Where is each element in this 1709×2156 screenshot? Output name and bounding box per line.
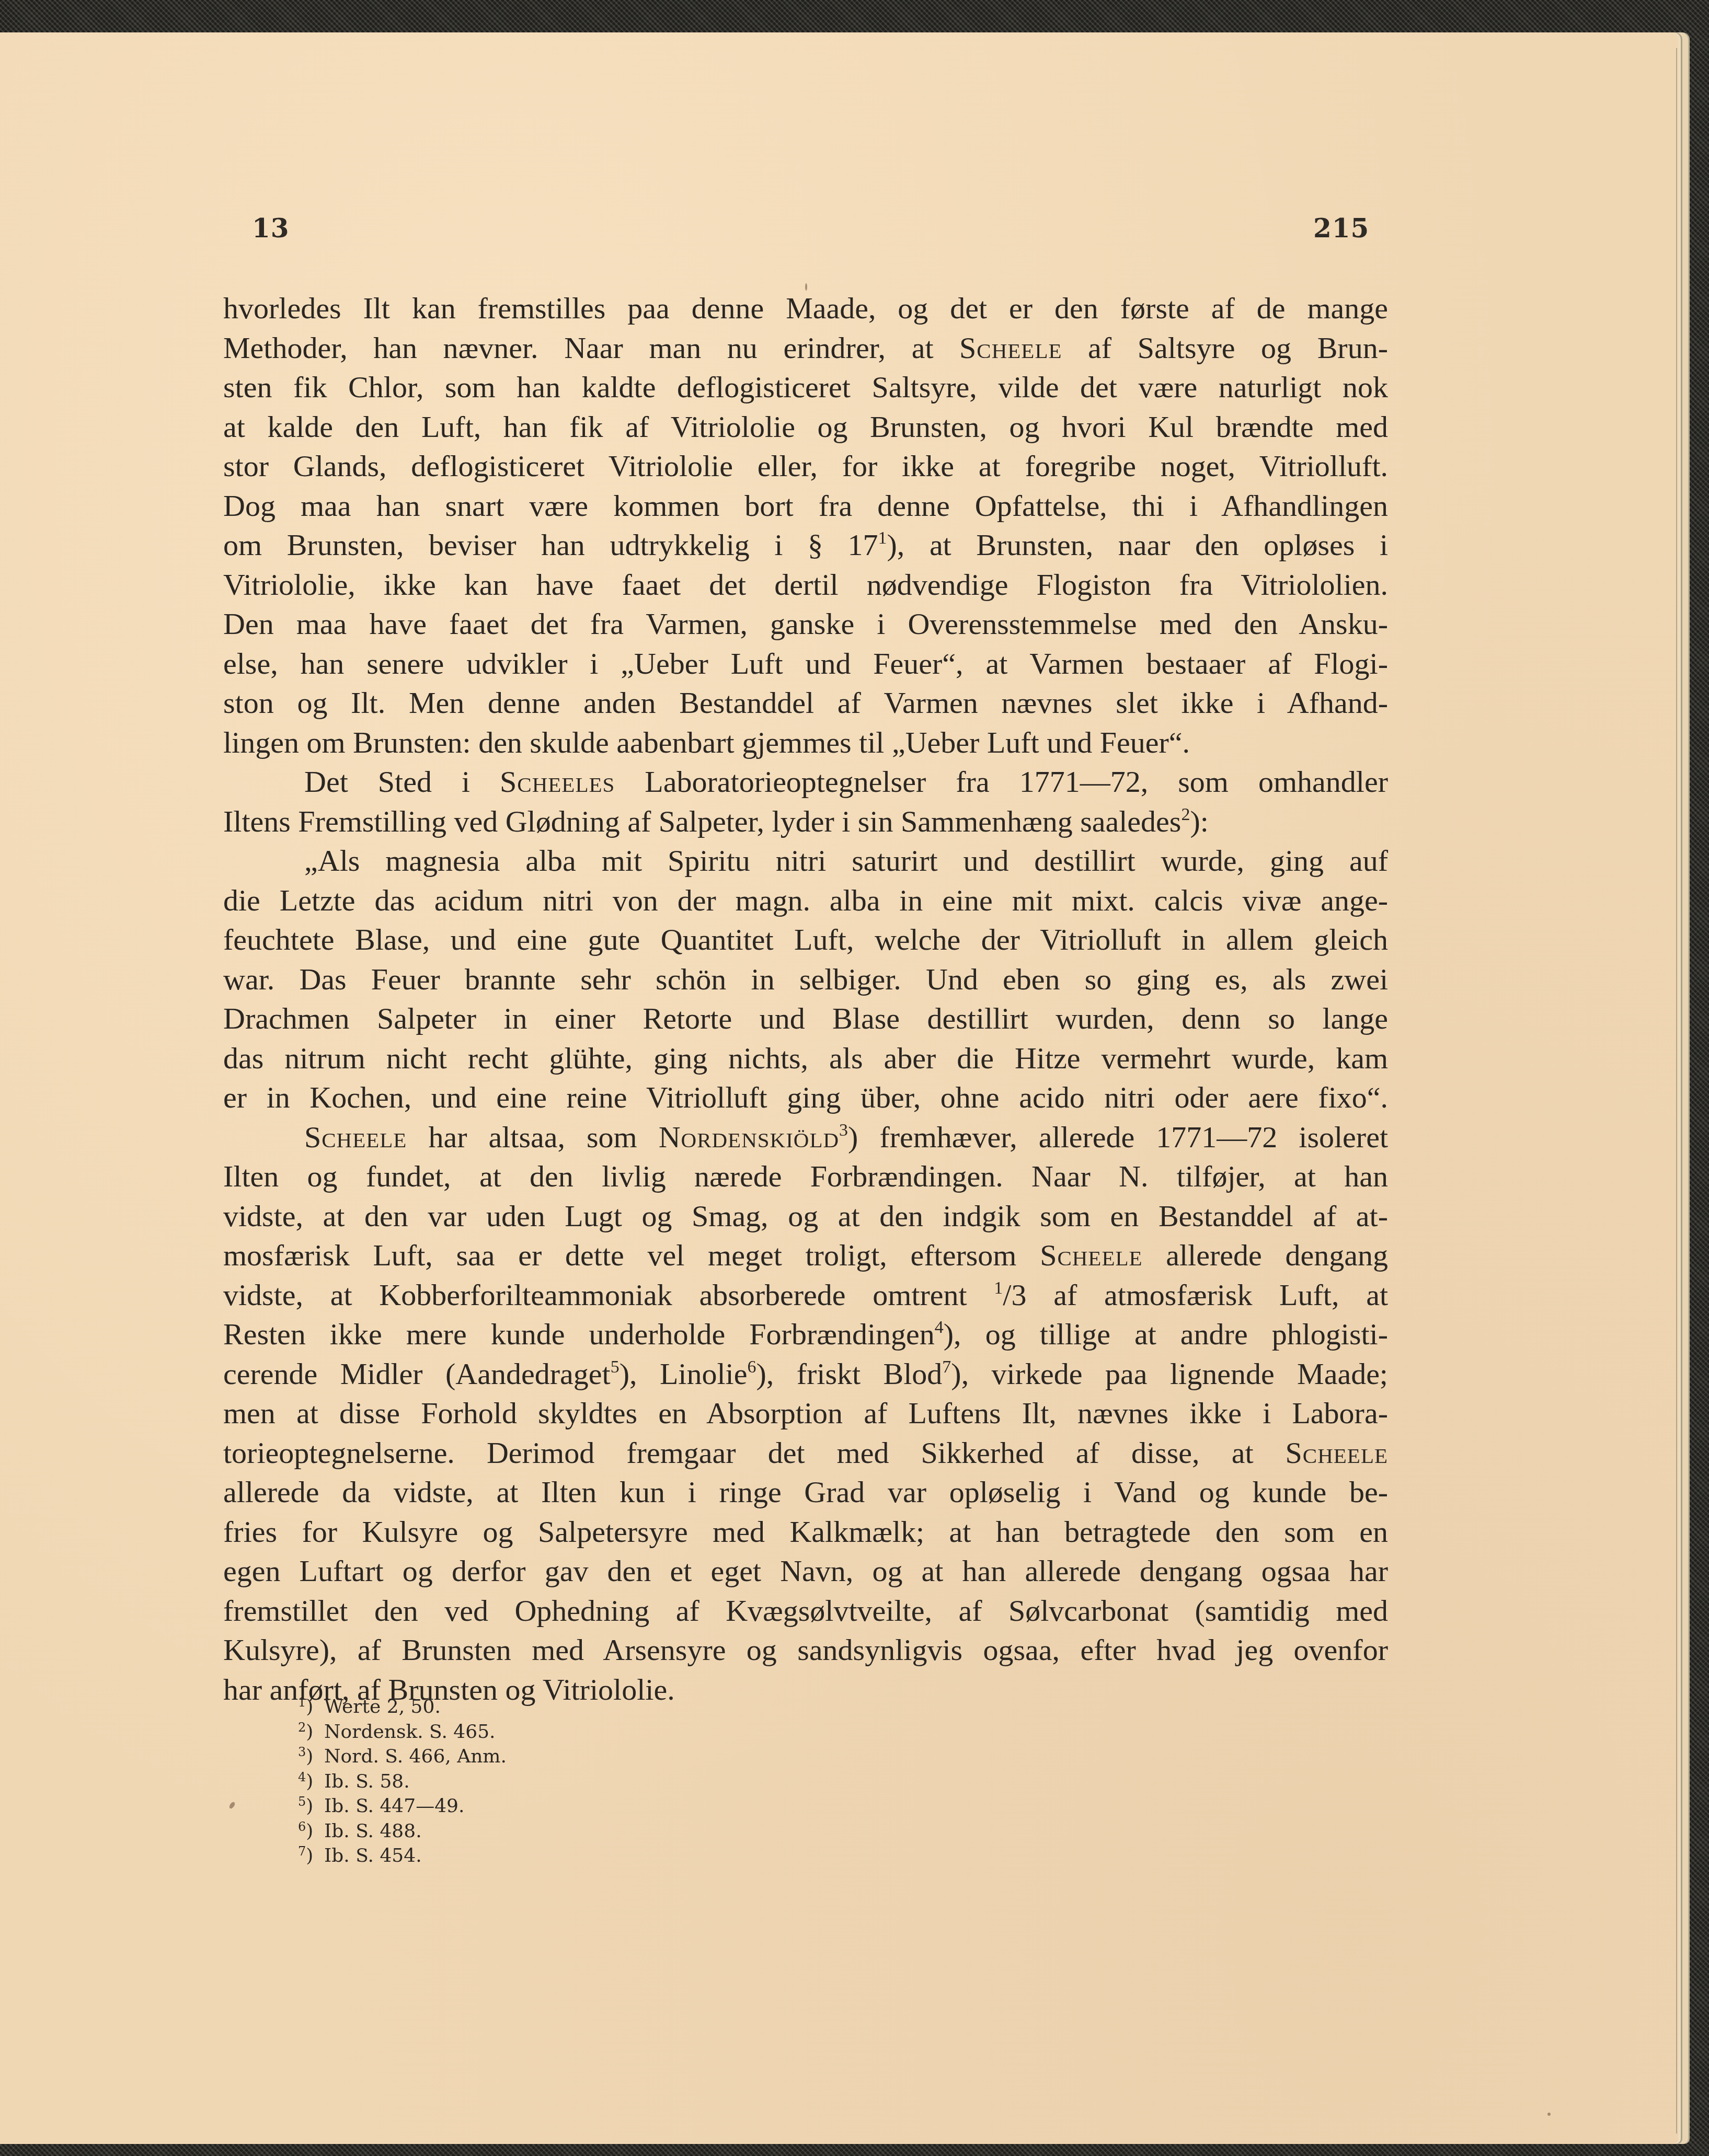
text-line: Dog maa han snart være kommen bort fra d… [223,486,1388,526]
footnote-mark: 2) [298,1720,324,1745]
text-run: Methoder, han nævner. Naar man nu erindr… [223,331,959,365]
text-run: egen Luftart og derfor gav den et eget N… [223,1554,1388,1588]
text-run: fremstillet den ved Ophedning af Kvægsøl… [223,1594,1388,1628]
footnote-text: Ib. S. 488. [324,1820,422,1842]
text-line: men at disse Forhold skyldtes en Absorpt… [223,1393,1388,1433]
footnotes: 1)Werte 2, 50.2)Nordensk. S. 465.3)Nord.… [298,1694,507,1869]
text-run: mosfærisk Luft, saa er dette vel meget t… [223,1238,1040,1272]
text-run: Det Sted i [304,765,500,799]
text-line: fremstillet den ved Ophedning af Kvægsøl… [223,1591,1388,1631]
paper-speck [805,283,807,291]
footnote: 7)Ib. S. 454. [298,1843,507,1869]
footnote-ref: 2 [1181,805,1190,824]
text-run: lingen om Brunsten: den skulde aabenbart… [223,725,1190,759]
footnote-mark: 5) [298,1794,324,1819]
footnote-mark: 4) [298,1769,324,1794]
paper-speck [228,1801,236,1809]
text-run: Drachmen Salpeter in einer Retorte und B… [223,1001,1388,1035]
text-line: ston og Ilt. Men denne anden Bestanddel … [223,683,1388,723]
text-run: stor Glands, deflogisticeret Vitriololie… [223,449,1388,483]
text-run: har altsaa, som [407,1120,658,1154]
text-run: die Letzte das acidum nitri von der magn… [223,883,1388,917]
left-page-number: 13 [252,213,290,244]
text-run: ), virkede paa lignende Maade; [951,1357,1388,1391]
footnote-text: Ib. S. 447—49. [324,1795,464,1817]
text-run: vidste, at den var uden Lugt og Smag, og… [223,1199,1388,1233]
text-run: Iltens Fremstilling ved Glødning af Salp… [223,804,1181,838]
footnote: 6)Ib. S. 488. [298,1819,507,1844]
text-run: ), Linolie [620,1357,748,1391]
text-run: ), at Brunsten, naar den opløses i [887,528,1388,562]
footnote-mark: 6) [298,1819,324,1844]
text-line: Vitriololie, ikke kan have faaet det der… [223,565,1388,605]
text-run: /3 af atmosfærisk Luft, at [1003,1278,1388,1312]
text-line: allerede da vidste, at Ilten kun i ringe… [223,1472,1388,1512]
text-run: er in Kochen, und eine reine Vitriolluft… [223,1080,1388,1114]
footnote: 5)Ib. S. 447—49. [298,1794,507,1819]
text-run: Dog maa han snart være kommen bort fra d… [223,489,1388,523]
text-run: ), og tillige at andre phlogisti- [944,1317,1388,1351]
text-line: war. Das Feuer brannte sehr schön in sel… [223,960,1388,999]
text-line: sten fik Chlor, som han kaldte deflogist… [223,367,1388,407]
text-run: else, han senere udvikler i „Ueber Luft … [223,647,1388,681]
small-caps-name: Scheele [304,1120,407,1154]
text-run: Kulsyre), af Brunsten med Arsensyre og s… [223,1633,1388,1667]
text-run: ): [1190,804,1208,838]
text-line: at kalde den Luft, han fik af Vitriololi… [223,407,1388,447]
text-line: egen Luftart og derfor gav den et eget N… [223,1551,1388,1591]
text-run: ) fremhæver, allerede 1771—72 isoleret [848,1120,1388,1154]
text-line: die Letzte das acidum nitri von der magn… [223,881,1388,920]
text-line: stor Glands, deflogisticeret Vitriololie… [223,446,1388,486]
text-line: Iltens Fremstilling ved Glødning af Salp… [223,802,1388,841]
footnote-text: Werte 2, 50. [324,1696,441,1717]
text-run: om Brunsten, beviser han udtrykkelig i §… [223,528,878,562]
footnote: 1)Werte 2, 50. [298,1694,507,1720]
footnote-mark: 3) [298,1744,324,1769]
text-run: fries for Kulsyre og Salpetersyre med Ka… [223,1515,1388,1549]
text-line: das nitrum nicht recht glühte, ging nich… [223,1039,1388,1078]
text-line: fries for Kulsyre og Salpetersyre med Ka… [223,1512,1388,1552]
text-line: feuchtete Blase, und eine gute Quantitet… [223,920,1388,960]
footnote-ref: 5 [611,1357,620,1377]
text-run: ston og Ilt. Men denne anden Bestanddel … [223,686,1388,720]
footnote: 3)Nord. S. 466, Anm. [298,1744,507,1769]
text-line: er in Kochen, und eine reine Vitriolluft… [223,1078,1388,1117]
footnote-ref: 1 [994,1278,1003,1298]
small-caps-name: Scheele [959,331,1062,365]
small-caps-name: Scheele [1286,1436,1388,1470]
footnote-ref: 4 [935,1318,944,1337]
text-run: vidste, at Kobberforilteammoniak absorbe… [223,1278,994,1312]
text-line: om Brunsten, beviser han udtrykkelig i §… [223,525,1388,565]
text-run: Vitriololie, ikke kan have faaet det der… [223,568,1388,602]
text-run: af Saltsyre og Brun- [1062,331,1389,365]
footnote-text: Nordensk. S. 465. [324,1721,496,1743]
text-run: war. Das Feuer brannte sehr schön in sel… [223,962,1388,996]
text-run: Den maa have faaet det fra Varmen, gansk… [223,607,1388,641]
text-run: das nitrum nicht recht glühte, ging nich… [223,1041,1388,1075]
footnote-ref: 6 [747,1357,756,1377]
footnote-ref: 7 [942,1357,951,1377]
footnote-mark: 1) [298,1694,324,1720]
text-run: torieoptegnelserne. Derimod fremgaar det… [223,1436,1286,1470]
text-run: „Als magnesia alba mit Spiritu nitri sat… [304,844,1388,878]
text-run: ), friskt Blod [756,1357,942,1391]
text-run: men at disse Forhold skyldtes en Absorpt… [223,1396,1388,1430]
text-line: Den maa have faaet det fra Varmen, gansk… [223,604,1388,644]
text-run: Ilten og fundet, at den livlig nærede Fo… [223,1159,1388,1193]
footnote-text: Ib. S. 58. [324,1771,410,1792]
footnote-ref: 3 [839,1121,848,1140]
text-line: hvorledes Ilt kan fremstilles paa denne … [223,289,1388,328]
text-run: Resten ikke mere kunde underholde Forbræ… [223,1317,935,1351]
footnote: 4)Ib. S. 58. [298,1769,507,1794]
text-run: sten fik Chlor, som han kaldte deflogist… [223,370,1388,404]
small-caps-name: Scheeles [500,765,615,799]
text-line: torieoptegnelserne. Derimod fremgaar det… [223,1433,1388,1473]
text-run: cerende Midler (Aandedraget [223,1357,611,1391]
text-run: at kalde den Luft, han fik af Vitriololi… [223,410,1388,444]
text-run: Laboratorieoptegnelser fra 1771—72, som … [615,765,1388,799]
small-caps-name: Scheele [1040,1238,1142,1272]
text-run: hvorledes Ilt kan fremstilles paa denne … [223,291,1388,325]
text-line: lingen om Brunsten: den skulde aabenbart… [223,723,1388,763]
text-run: allerede dengang [1143,1238,1388,1272]
text-line: vidste, at den var uden Lugt og Smag, og… [223,1196,1388,1236]
text-line: Scheele har altsaa, som Nordenskiöld3) f… [223,1117,1388,1157]
text-line: „Als magnesia alba mit Spiritu nitri sat… [223,841,1388,881]
footnote-text: Ib. S. 454. [324,1845,422,1866]
text-line: vidste, at Kobberforilteammoniak absorbe… [223,1275,1388,1315]
small-caps-name: Nordenskiöld [659,1120,839,1154]
text-run: feuchtete Blase, und eine gute Quantitet… [223,923,1388,956]
text-run: allerede da vidste, at Ilten kun i ringe… [223,1475,1388,1509]
text-line: Kulsyre), af Brunsten med Arsensyre og s… [223,1630,1388,1670]
text-line: Ilten og fundet, at den livlig nærede Fo… [223,1157,1388,1196]
body-text: hvorledes Ilt kan fremstilles paa denne … [223,289,1388,1709]
text-line: Methoder, han nævner. Naar man nu erindr… [223,328,1388,368]
text-line: else, han senere udvikler i „Ueber Luft … [223,644,1388,684]
paper-speck [1547,2113,1551,2116]
footnote: 2)Nordensk. S. 465. [298,1720,507,1745]
page-edge-line [1676,48,1677,2134]
text-line: Resten ikke mere kunde underholde Forbræ… [223,1315,1388,1354]
text-line: Drachmen Salpeter in einer Retorte und B… [223,999,1388,1039]
footnote-text: Nord. S. 466, Anm. [324,1746,507,1767]
right-page-number: 215 [1313,213,1369,244]
text-line: Det Sted i Scheeles Laboratorieoptegnels… [223,762,1388,802]
footnote-ref: 1 [878,528,887,548]
book-page: 13 215 hvorledes Ilt kan fremstilles paa… [0,32,1690,2144]
footnote-mark: 7) [298,1843,324,1869]
text-line: cerende Midler (Aandedraget5), Linolie6)… [223,1354,1388,1394]
text-line: mosfærisk Luft, saa er dette vel meget t… [223,1236,1388,1275]
